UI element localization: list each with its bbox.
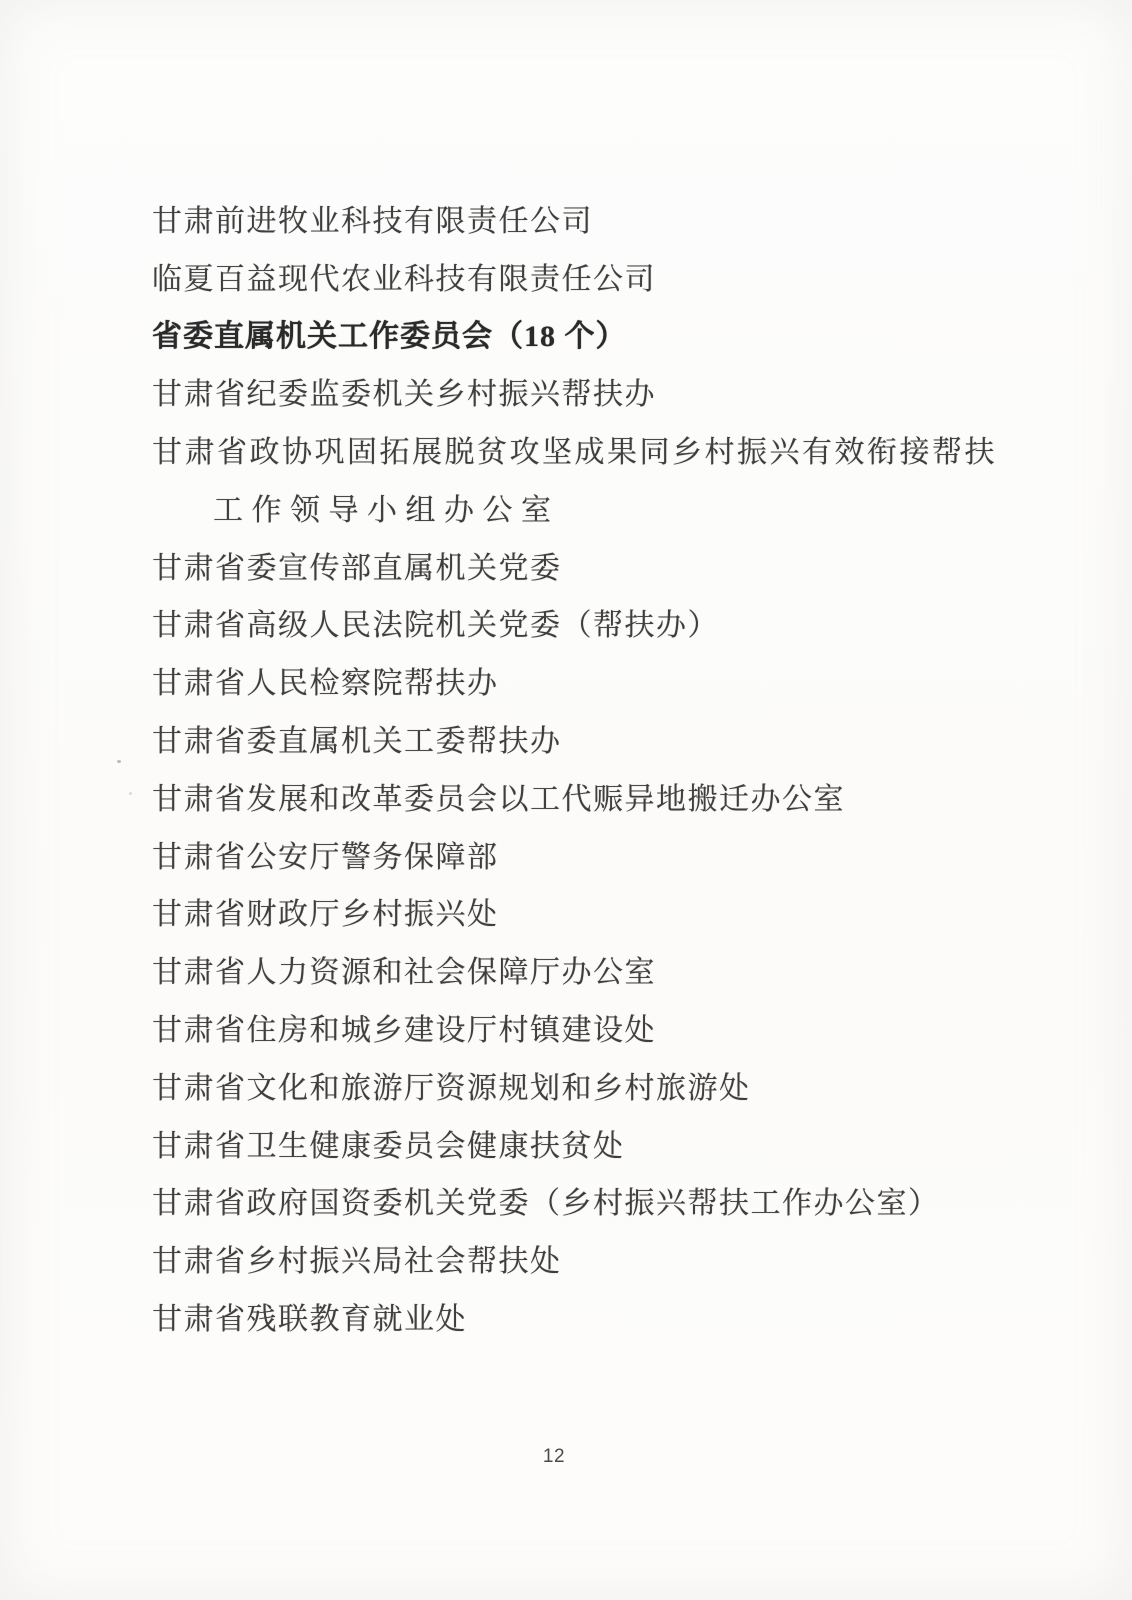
section-heading: 省委直属机关工作委员会（18 个） xyxy=(152,305,1042,363)
document-line: 甘肃省住房和城乡建设厅村镇建设处 xyxy=(152,998,1042,1056)
document-line: 甘肃省人民检察院帮扶办 xyxy=(152,651,1042,709)
document-body: 甘肃前进牧业科技有限责任公司 临夏百益现代农业科技有限责任公司 省委直属机关工作… xyxy=(152,189,1042,1345)
document-line: 甘肃省委宣传部直属机关党委 xyxy=(152,536,1042,594)
document-line: 甘肃省委直属机关工委帮扶办 xyxy=(152,709,1042,767)
scan-speck xyxy=(117,760,121,763)
document-line: 甘肃省财政厅乡村振兴处 xyxy=(152,883,1042,941)
document-line: 甘肃省纪委监委机关乡村振兴帮扶办 xyxy=(152,362,1042,420)
document-line: 甘肃前进牧业科技有限责任公司 xyxy=(152,189,1042,247)
document-line: 甘肃省残联教育就业处 xyxy=(152,1287,1042,1345)
document-line: 甘肃省文化和旅游厅资源规划和乡村旅游处 xyxy=(152,1056,1042,1114)
document-line: 甘肃省政府国资委机关党委（乡村振兴帮扶工作办公室） xyxy=(152,1172,1042,1230)
document-line: 甘肃省人力资源和社会保障厅办公室 xyxy=(152,940,1042,998)
document-line: 临夏百益现代农业科技有限责任公司 xyxy=(152,247,1042,305)
document-line: 甘肃省公安厅警务保障部 xyxy=(152,825,1042,883)
document-line-continuation: 工作领导小组办公室 xyxy=(152,478,1042,536)
document-line: 甘肃省政协巩固拓展脱贫攻坚成果同乡村振兴有效衔接帮扶 xyxy=(152,420,1042,478)
scan-speck xyxy=(129,792,132,795)
scanned-document-page: 甘肃前进牧业科技有限责任公司 临夏百益现代农业科技有限责任公司 省委直属机关工作… xyxy=(0,0,1132,1600)
document-line: 甘肃省高级人民法院机关党委（帮扶办） xyxy=(152,594,1042,652)
document-line: 甘肃省卫生健康委员会健康扶贫处 xyxy=(152,1114,1042,1172)
page-number: 12 xyxy=(0,1446,1108,1468)
document-line: 甘肃省发展和改革委员会以工代赈异地搬迁办公室 xyxy=(152,767,1042,825)
document-line: 甘肃省乡村振兴局社会帮扶处 xyxy=(152,1229,1042,1287)
